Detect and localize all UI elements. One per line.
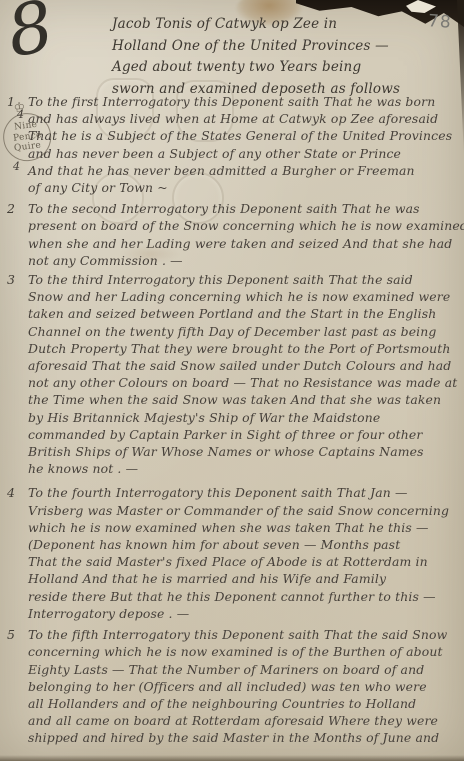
- manuscript-line: he knows not . —: [28, 460, 459, 477]
- manuscript-line: Channel on the twenty fifth Day of Decem…: [28, 323, 459, 340]
- section-number: 2: [7, 200, 28, 269]
- deposition-section: 5To the fifth Interrogatory this Deponen…: [7, 626, 459, 746]
- section-lines: To the fifth Interrogatory this Deponent…: [28, 626, 459, 746]
- header-line: Aged about twenty two Years being: [112, 57, 442, 79]
- page-bottom-edge: [0, 755, 464, 761]
- manuscript-line: by His Britannick Majesty's Ship of War …: [28, 409, 459, 426]
- manuscript-line: shipped and hired by the said Master in …: [28, 729, 459, 746]
- section-number: 3: [7, 271, 28, 477]
- manuscript-line: Dutch Property That they were brought to…: [28, 340, 459, 357]
- section-number: 4: [7, 484, 28, 622]
- manuscript-page: 8 78 ♔ Nine Pence Quire 4 4 Jacob Tonis …: [0, 0, 464, 761]
- manuscript-line: reside there But that he this Deponent c…: [28, 588, 459, 605]
- manuscript-line: all Hollanders and of the neighbouring C…: [28, 695, 459, 712]
- manuscript-line: Holland And that he is married and his W…: [28, 570, 459, 587]
- corner-numeral: 8: [2, 0, 58, 67]
- manuscript-line: Vrisberg was Master or Commander of the …: [28, 502, 459, 519]
- manuscript-line: To the fifth Interrogatory this Deponent…: [28, 626, 459, 643]
- manuscript-line: And that he has never been admitted a Bu…: [28, 162, 459, 179]
- manuscript-line: To the fourth Interrogatory this Deponen…: [28, 484, 459, 501]
- manuscript-line: and has always lived when at Home at Cat…: [28, 110, 459, 127]
- manuscript-line: To the first Interrogatory this Deponent…: [28, 93, 459, 110]
- manuscript-line: not any Commission . —: [28, 252, 464, 269]
- header-line: Jacob Tonis of Catwyk op Zee in: [112, 14, 442, 36]
- deposition-section: 2To the second Interrogatory this Depone…: [7, 200, 459, 269]
- manuscript-line: (Deponent has known him for about seven …: [28, 536, 459, 553]
- manuscript-line: Interrogatory depose . —: [28, 605, 459, 622]
- manuscript-line: of any City or Town ~: [28, 179, 459, 196]
- manuscript-line: and has never been a Subject of any othe…: [28, 145, 459, 162]
- manuscript-line: present on board of the Snow concerning …: [28, 217, 464, 234]
- manuscript-line: To the third Interrogatory this Deponent…: [28, 271, 459, 288]
- deposition-sections: 1To the first Interrogatory this Deponen…: [7, 93, 459, 751]
- manuscript-line: Snow and her Lading concerning which he …: [28, 288, 459, 305]
- deposition-section: 3To the third Interrogatory this Deponen…: [7, 271, 459, 477]
- manuscript-line: To the second Interrogatory this Deponen…: [28, 200, 464, 217]
- manuscript-line: Eighty Lasts — That the Number of Marine…: [28, 661, 459, 678]
- deposition-header: Jacob Tonis of Catwyk op Zee in Holland …: [112, 14, 442, 100]
- manuscript-line: taken and seized between Portland and th…: [28, 305, 459, 322]
- manuscript-line: belonging to her (Officers and all inclu…: [28, 678, 459, 695]
- manuscript-line: which he is now examined when she was ta…: [28, 519, 459, 536]
- section-lines: To the fourth Interrogatory this Deponen…: [28, 484, 459, 622]
- manuscript-line: and all came on board at Rotterdam afore…: [28, 712, 459, 729]
- section-lines: To the first Interrogatory this Deponent…: [28, 93, 459, 196]
- deposition-section: 1To the first Interrogatory this Deponen…: [7, 93, 459, 196]
- manuscript-line: aforesaid That the said Snow sailed unde…: [28, 357, 459, 374]
- manuscript-line: not any other Colours on board — That no…: [28, 374, 459, 391]
- header-line: Holland One of the United Provinces —: [112, 36, 442, 58]
- manuscript-line: commanded by Captain Parker in Sight of …: [28, 426, 459, 443]
- section-lines: To the third Interrogatory this Deponent…: [28, 271, 459, 477]
- section-number: 5: [7, 626, 28, 746]
- manuscript-line: That he is a Subject of the States Gener…: [28, 127, 459, 144]
- section-lines: To the second Interrogatory this Deponen…: [28, 200, 464, 269]
- manuscript-line: That the said Master's fixed Place of Ab…: [28, 553, 459, 570]
- manuscript-line: the Time when the said Snow was taken An…: [28, 391, 459, 408]
- deposition-section: 4To the fourth Interrogatory this Depone…: [7, 484, 459, 622]
- manuscript-line: British Ships of War Whose Names or whos…: [28, 443, 459, 460]
- manuscript-line: when she and her Lading were taken and s…: [28, 235, 464, 252]
- manuscript-line: concerning which he is now examined is o…: [28, 643, 459, 660]
- section-number: 1: [7, 93, 28, 196]
